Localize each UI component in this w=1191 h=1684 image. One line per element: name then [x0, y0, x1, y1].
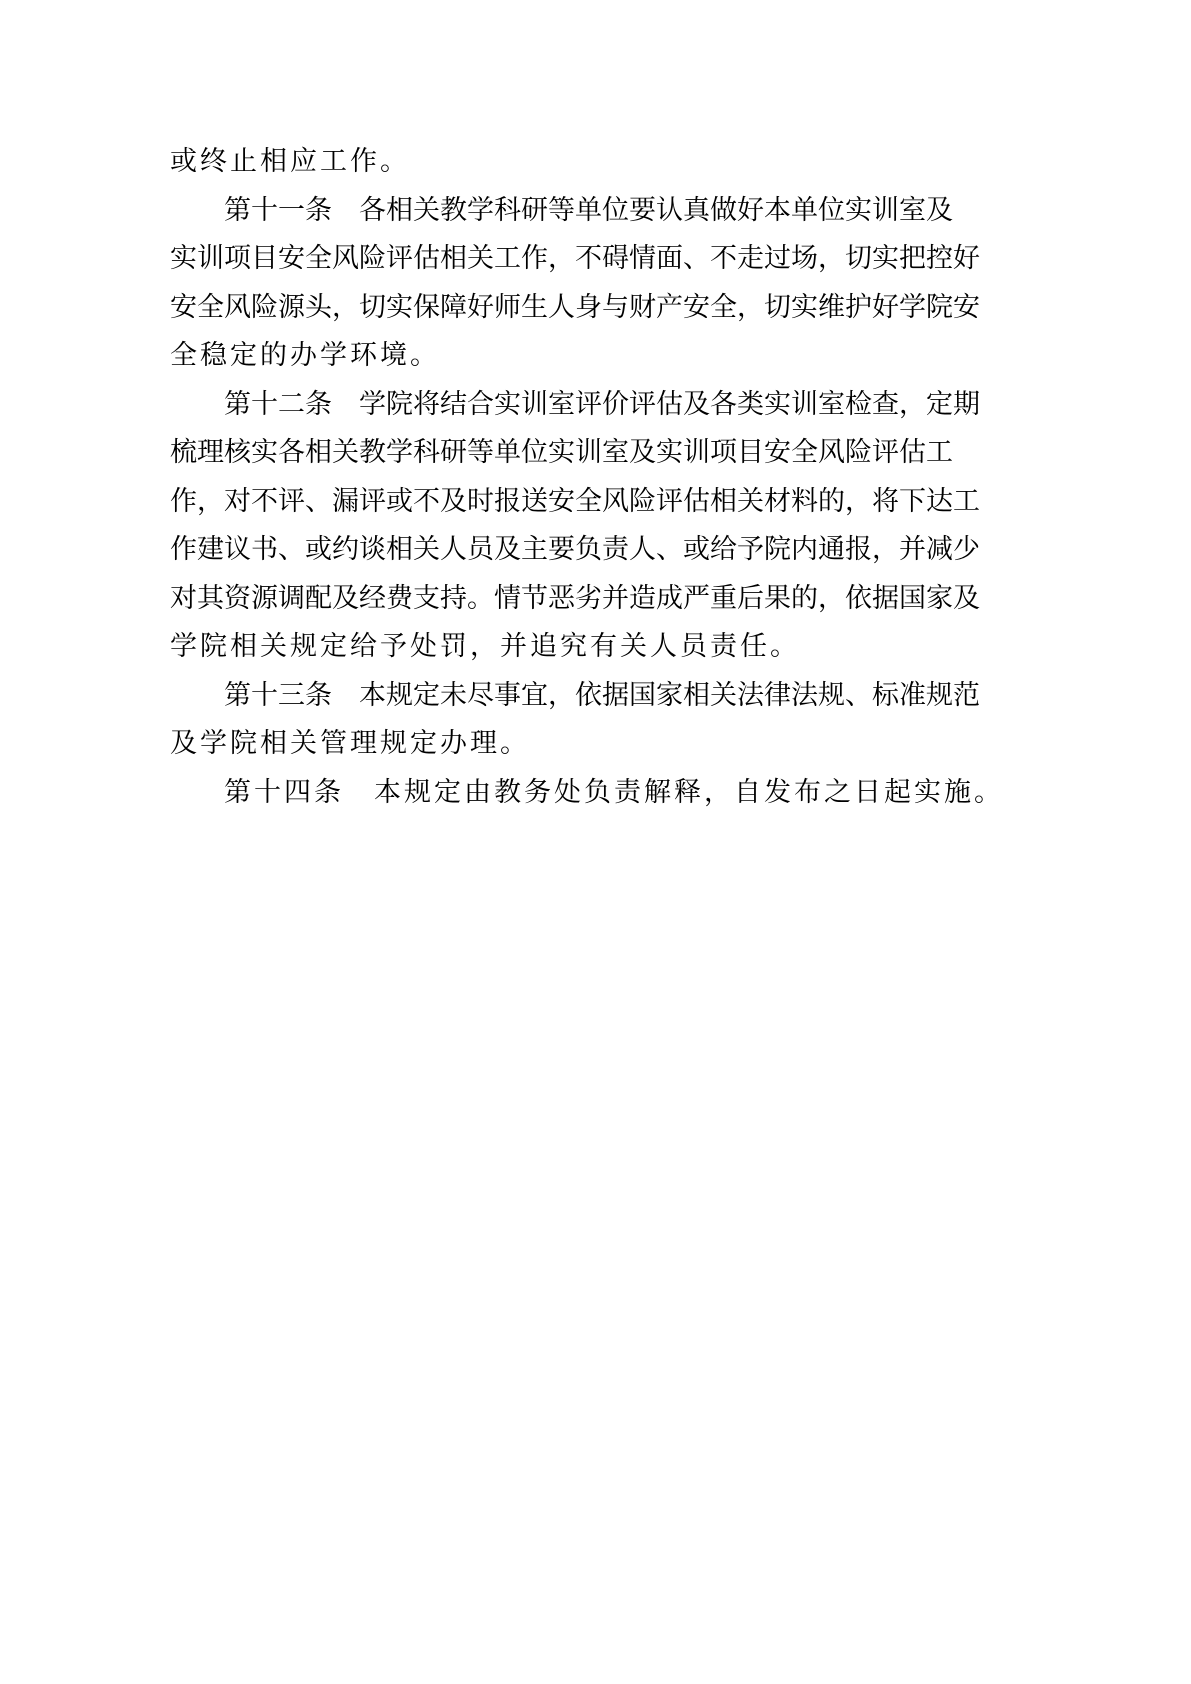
text-line: 作建议书、或约谈相关人员及主要负责人、或给予院内通报，并减少	[170, 526, 950, 575]
text-line: 及学院相关管理规定办理。	[170, 720, 950, 769]
text-line: 作，对不评、漏评或不及时报送安全风险评估相关材料的，将下达工	[170, 478, 950, 527]
text-line: 第十四条 本规定由教务处负责解释，自发布之日起实施。	[170, 769, 950, 818]
document-page: 或终止相应工作。 第十一条 各相关教学科研等单位要认真做好本单位实训室及 实训项…	[0, 0, 1191, 1684]
text-line: 第十一条 各相关教学科研等单位要认真做好本单位实训室及	[170, 187, 950, 236]
text-line: 实训项目安全风险评估相关工作，不碍情面、不走过场，切实把控好	[170, 235, 950, 284]
article-14: 第十四条 本规定由教务处负责解释，自发布之日起实施。	[170, 769, 950, 818]
article-12: 第十二条 学院将结合实训室评价评估及各类实训室检查，定期 梳理核实各相关教学科研…	[170, 381, 950, 672]
article-11: 第十一条 各相关教学科研等单位要认真做好本单位实训室及 实训项目安全风险评估相关…	[170, 187, 950, 381]
text-line: 第十三条 本规定未尽事宜，依据国家相关法律法规、标准规范	[170, 672, 950, 721]
text-line: 安全风险源头，切实保障好师生人身与财产安全，切实维护好学院安	[170, 284, 950, 333]
text-line: 对其资源调配及经费支持。情节恶劣并造成严重后果的，依据国家及	[170, 575, 950, 624]
text-line: 梳理核实各相关教学科研等单位实训室及实训项目安全风险评估工	[170, 429, 950, 478]
text-line: 第十二条 学院将结合实训室评价评估及各类实训室检查，定期	[170, 381, 950, 430]
text-line: 全稳定的办学环境。	[170, 332, 950, 381]
paragraph-continuation: 或终止相应工作。	[170, 138, 950, 187]
article-13: 第十三条 本规定未尽事宜，依据国家相关法律法规、标准规范 及学院相关管理规定办理…	[170, 672, 950, 769]
document-body: 或终止相应工作。 第十一条 各相关教学科研等单位要认真做好本单位实训室及 实训项…	[170, 138, 950, 817]
text-line: 学院相关规定给予处罚，并追究有关人员责任。	[170, 623, 950, 672]
text-line: 或终止相应工作。	[170, 138, 950, 187]
